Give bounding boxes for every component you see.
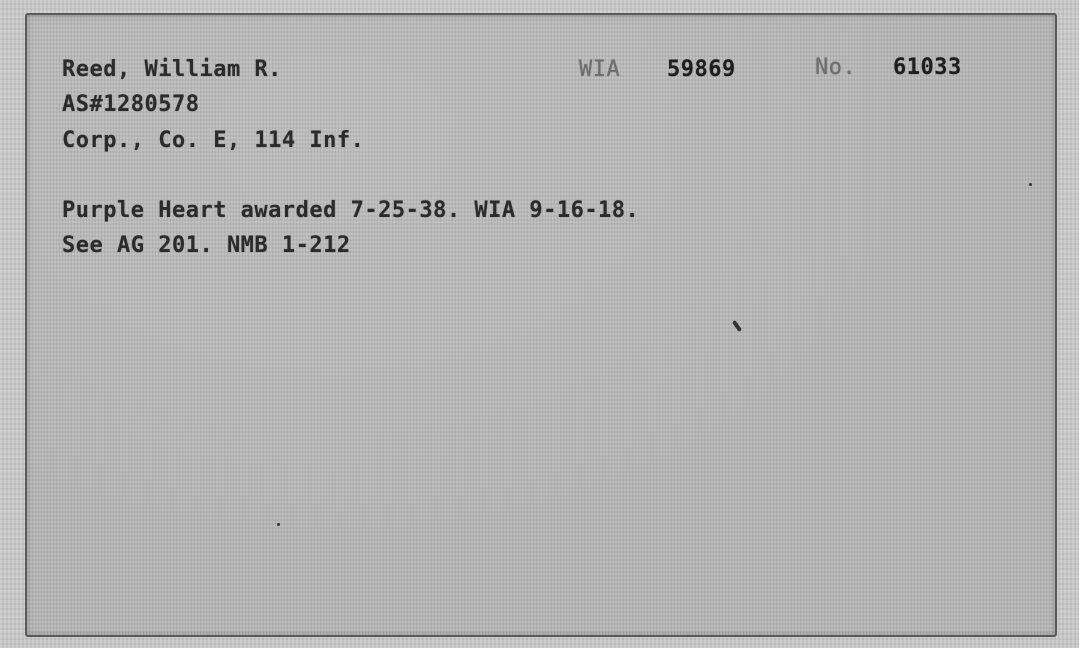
- ink-speck: [732, 320, 742, 332]
- record-card: Reed, William R. WIA 59869 No. 61033 AS#…: [25, 13, 1057, 637]
- soldier-name: Reed, William R.: [62, 57, 282, 82]
- no-label: No.: [815, 55, 856, 80]
- reference-note: See AG 201. NMB 1-212: [62, 233, 351, 258]
- wia-number: 59869: [667, 57, 736, 82]
- rank-unit: Corp., Co. E, 114 Inf.: [62, 128, 364, 153]
- record-number: 61033: [893, 55, 962, 80]
- award-note: Purple Heart awarded 7-25-38. WIA 9-16-1…: [62, 198, 639, 223]
- service-number: AS#1280578: [62, 92, 199, 117]
- ink-dot: [1029, 183, 1032, 186]
- wia-label: WIA: [579, 57, 620, 82]
- ink-dot: [277, 523, 280, 526]
